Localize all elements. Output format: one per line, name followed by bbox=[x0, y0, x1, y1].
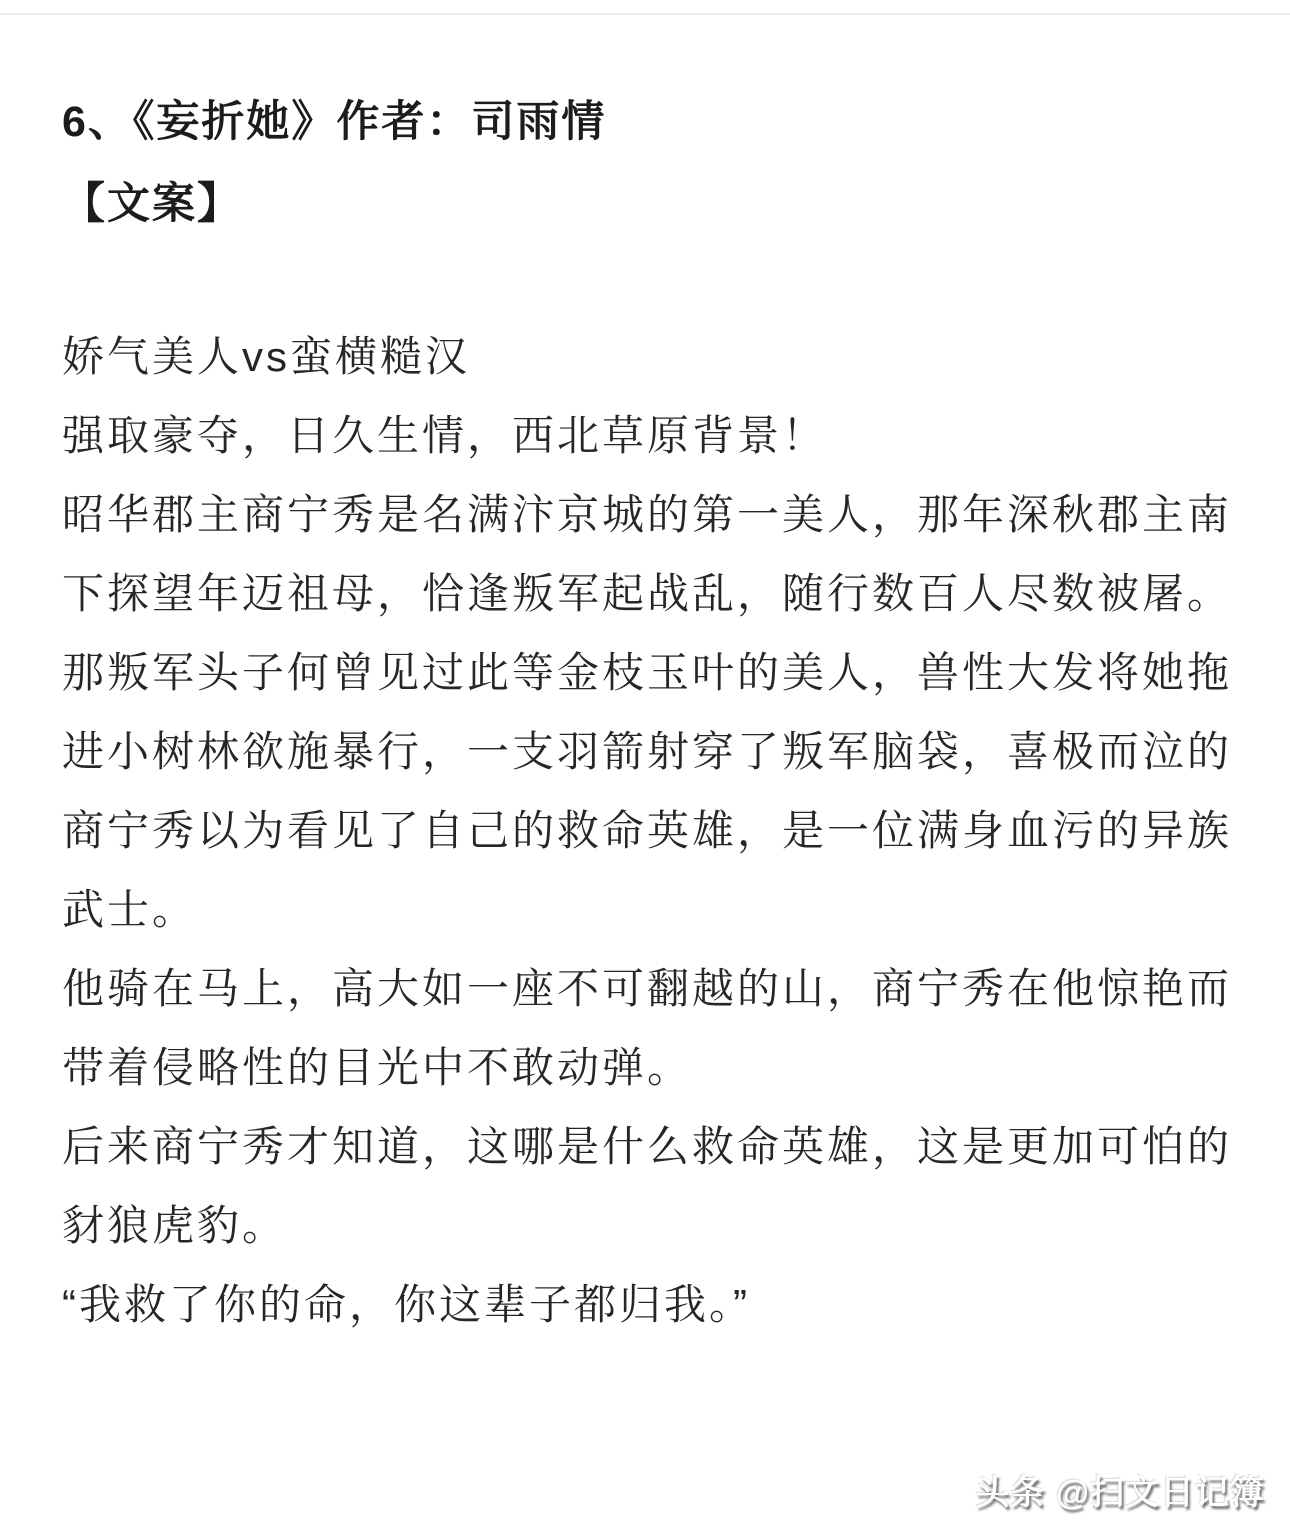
text-line: “我救了你的命，你这辈子都归我。” bbox=[62, 1265, 1234, 1344]
text-line: 武士。 bbox=[62, 870, 1234, 949]
text-line: 商宁秀以为看见了自己的救命英雄，是一位满身血污的异族 bbox=[62, 791, 1234, 870]
text-line: 强取豪夺，日久生情，西北草原背景！ bbox=[62, 396, 1234, 475]
toutiao-watermark: 头条 @扫文日记簿 bbox=[975, 1465, 1265, 1514]
text-line: 那叛军头子何曾见过此等金枝玉叶的美人，兽性大发将她拖 bbox=[62, 633, 1234, 712]
text-line: 他骑在马上，高大如一座不可翻越的山，商宁秀在他惊艳而 bbox=[62, 949, 1234, 1028]
text-line: 豺狼虎豹。 bbox=[62, 1186, 1234, 1265]
text-line: 昭华郡主商宁秀是名满汴京城的第一美人，那年深秋郡主南 bbox=[62, 475, 1234, 554]
synopsis-body: 娇气美人vs蛮横糙汉 强取豪夺，日久生情，西北草原背景！ 昭华郡主商宁秀是名满汴… bbox=[62, 317, 1234, 1344]
book-title: 6、《妄折她》作者：司雨情 bbox=[62, 81, 1234, 163]
text-line: 后来商宁秀才知道，这哪是什么救命英雄，这是更加可怕的 bbox=[62, 1107, 1234, 1186]
article-content: 6、《妄折她》作者：司雨情 【文案】 娇气美人vs蛮横糙汉 强取豪夺，日久生情，… bbox=[62, 0, 1234, 1344]
text-line: 带着侵略性的目光中不敢动弹。 bbox=[62, 1028, 1234, 1107]
article-header: 6、《妄折她》作者：司雨情 【文案】 bbox=[62, 0, 1234, 245]
text-line: 下探望年迈祖母，恰逢叛军起战乱，随行数百人尽数被屠。 bbox=[62, 554, 1234, 633]
text-line: 娇气美人vs蛮横糙汉 bbox=[62, 317, 1234, 396]
text-line: 进小树林欲施暴行，一支羽箭射穿了叛军脑袋，喜极而泣的 bbox=[62, 712, 1234, 791]
synopsis-section-label: 【文案】 bbox=[62, 163, 1234, 245]
article-page: 6、《妄折她》作者：司雨情 【文案】 娇气美人vs蛮横糙汉 强取豪夺，日久生情，… bbox=[0, 0, 1290, 1529]
